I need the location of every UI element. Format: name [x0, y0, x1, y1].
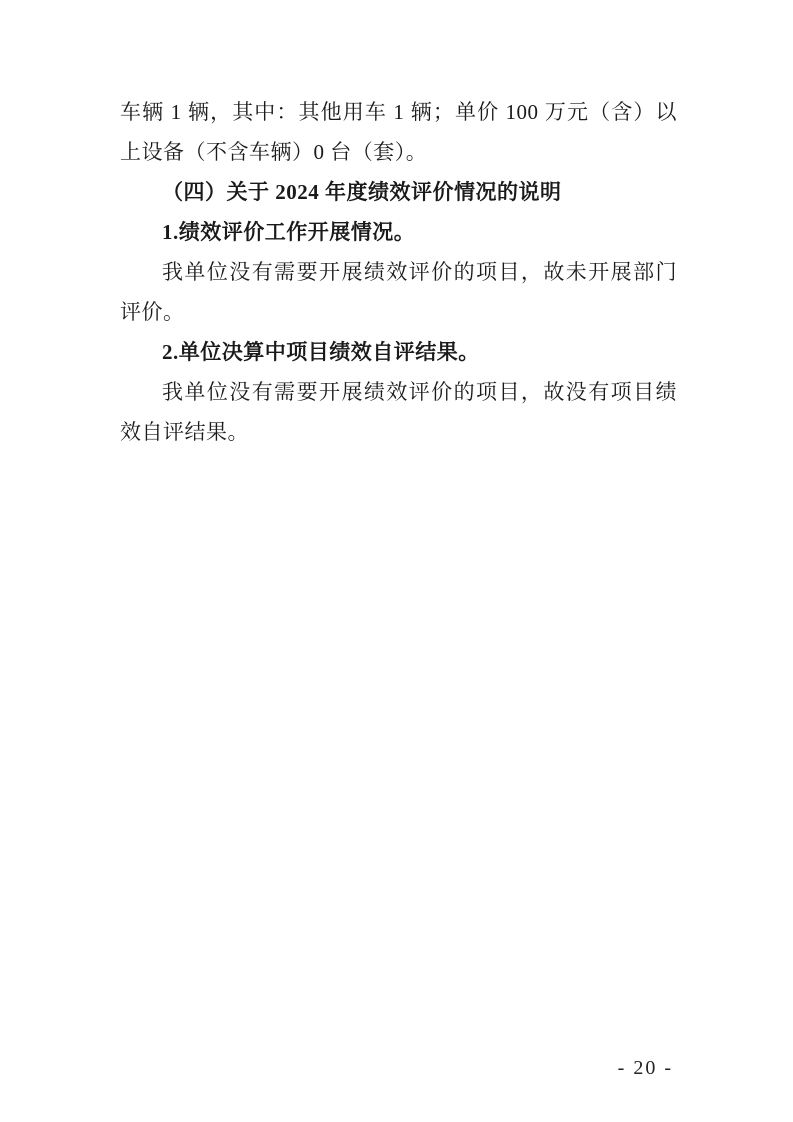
subsection-heading-2: 2.单位决算中项目绩效自评结果。	[120, 332, 677, 372]
body-paragraph-2: 我单位没有需要开展绩效评价的项目，故没有项目绩效自评结果。	[120, 372, 677, 452]
subsection-heading-1: 1.绩效评价工作开展情况。	[120, 212, 677, 252]
section-heading-4: （四）关于 2024 年度绩效评价情况的说明	[120, 172, 677, 212]
paragraph-continuation: 车辆 1 辆，其中：其他用车 1 辆；单价 100 万元（含）以上设备（不含车辆…	[120, 92, 677, 172]
document-page: 车辆 1 辆，其中：其他用车 1 辆；单价 100 万元（含）以上设备（不含车辆…	[0, 0, 793, 1122]
body-paragraph-1: 我单位没有需要开展绩效评价的项目，故未开展部门评价。	[120, 252, 677, 332]
page-number: - 20 -	[618, 1057, 673, 1080]
document-body: 车辆 1 辆，其中：其他用车 1 辆；单价 100 万元（含）以上设备（不含车辆…	[120, 92, 677, 452]
